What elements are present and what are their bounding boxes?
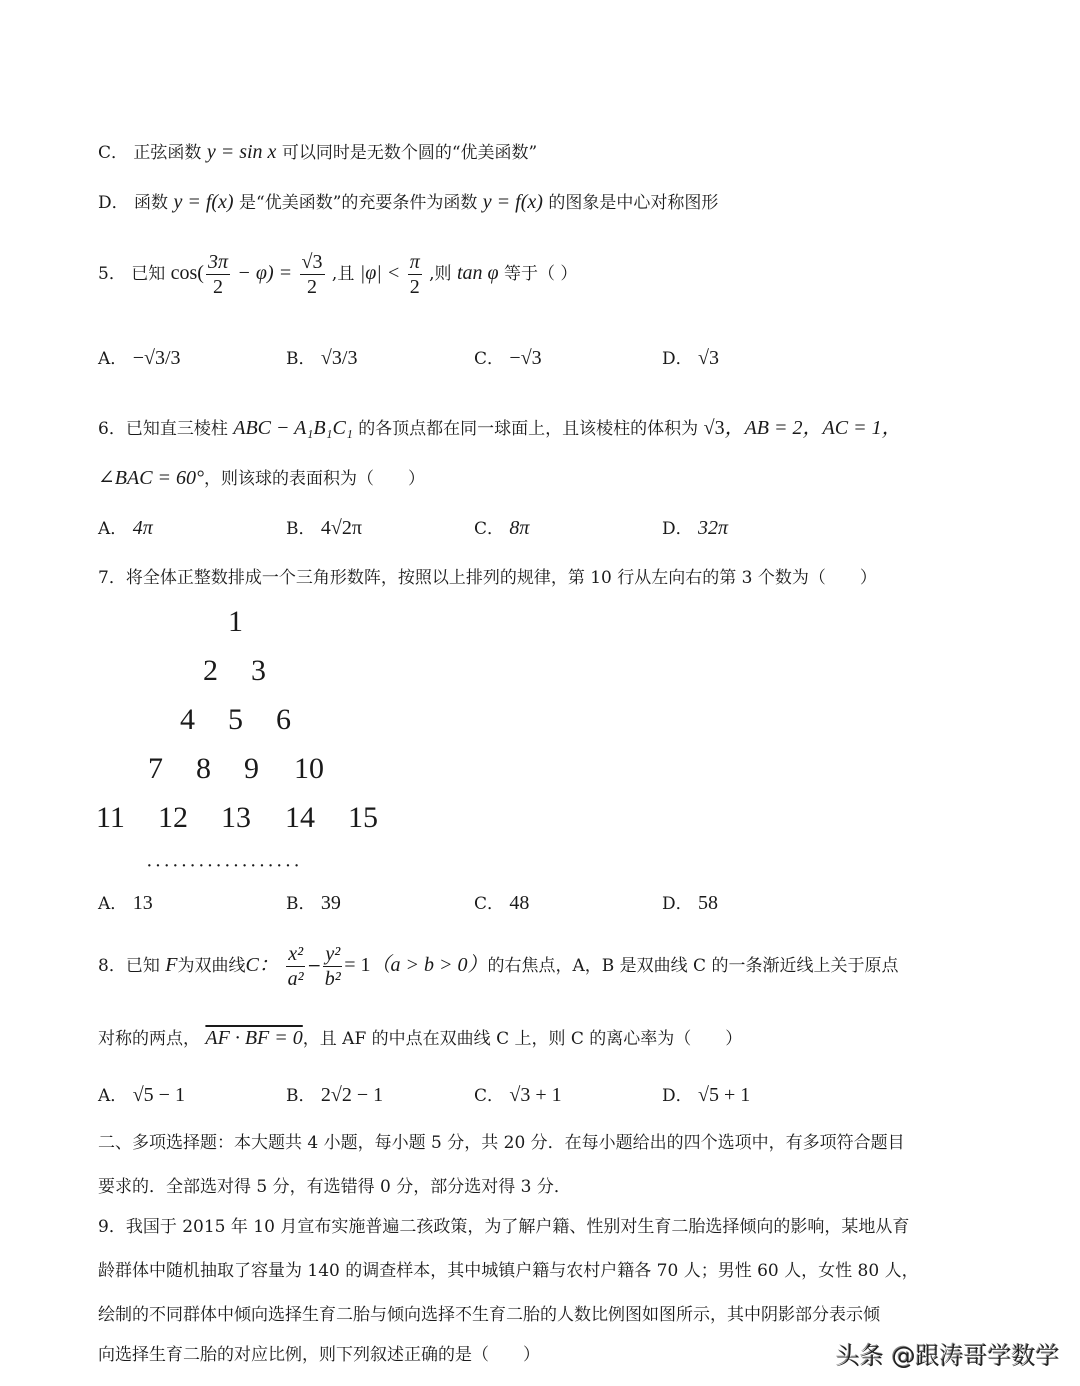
option-value: 8π — [509, 517, 529, 539]
triangle-number: 10 — [294, 753, 324, 785]
q9-stem-line3: 绘制的不同群体中倾向选择生育二胎与倾向选择不生育二胎的人数比例图如图所示，其中阴… — [98, 1303, 880, 1327]
option-label: A． — [98, 519, 127, 539]
q8-stem-line1: 8．已知 F为双曲线C： x²a²−y²b²= 1（a > b > 0）的右焦点… — [98, 940, 898, 991]
q5-option-a: A． −√3/3 — [98, 346, 181, 371]
option-label: B． — [286, 894, 316, 914]
q6-option-b: B． 4√2π — [286, 516, 362, 541]
option-label: A． — [98, 349, 127, 369]
triangle-number: 1 — [228, 606, 243, 638]
math-expr: F — [165, 954, 177, 976]
option-value: √5 + 1 — [698, 1084, 750, 1106]
math-expr: AF · BF = 0 — [205, 1027, 302, 1049]
q9-stem-line2: 龄群体中随机抽取了容量为 140 的调查样本，其中城镇户籍与农村户籍各 70 人… — [98, 1259, 919, 1283]
math-expr: tan φ — [457, 262, 499, 284]
option-value: 58 — [698, 892, 718, 914]
q6-option-d: D． 32π — [662, 516, 728, 541]
fraction: 3π2 — [206, 250, 230, 299]
q5-stem: 5． 已知 cos(3π2 − φ) = √32 ,且 |φ| < π2 ,则 … — [98, 248, 577, 299]
fraction-den: 2 — [206, 275, 230, 299]
q4-option-c: C． 正弦函数 y = sin x 可以同时是无数个圆的“优美函数” — [98, 140, 537, 165]
stem-text: 的各顶点都在同一球面上，且该棱柱的体积为 — [358, 419, 698, 439]
option-value: 4π — [133, 517, 153, 539]
option-value: √5 − 1 — [133, 1084, 185, 1106]
option-value: 4√2π — [321, 517, 362, 539]
fraction-num: x² — [286, 942, 305, 967]
option-value: √3/3 — [321, 347, 358, 369]
q8-option-b: B． 2√2 − 1 — [286, 1083, 383, 1108]
stem-text: ，且 AF 的中点在双曲线 C 上，则 C 的离心率为（ ） — [303, 1029, 743, 1049]
fraction: y²b² — [323, 942, 342, 991]
option-label: A． — [98, 894, 127, 914]
fraction-den: 2 — [408, 275, 422, 299]
triangle-number: 4 — [180, 704, 195, 736]
ellipsis: ·················· — [146, 855, 302, 878]
q7-option-c: C． 48 — [474, 891, 529, 916]
q8-option-c: C． √3 + 1 — [474, 1083, 562, 1108]
stem-text: 已知 — [126, 956, 160, 976]
stem-text: 已知直三棱柱 — [126, 419, 228, 439]
triangle-number: 12 — [158, 802, 188, 834]
q4-option-d: D． 函数 y = f(x) 是“优美函数”的充要条件为函数 y = f(x) … — [98, 190, 718, 215]
math-expr: y = sin x — [207, 141, 277, 163]
math-expr: |φ| < — [360, 262, 401, 284]
triangle-number: 7 — [148, 753, 163, 785]
q7-option-d: D． 58 — [662, 891, 718, 916]
math-expr: AC = 1， — [823, 417, 902, 439]
fraction-den: b² — [323, 967, 342, 991]
triangle-number: 6 — [276, 704, 291, 736]
option-value: √3 — [698, 347, 719, 369]
triangle-number: 11 — [96, 802, 125, 834]
triangle-number: 2 — [203, 655, 218, 687]
triangle-number: 14 — [285, 802, 315, 834]
option-label: C． — [474, 519, 504, 539]
stem-text: 已知 — [131, 264, 165, 284]
option-label: A． — [98, 1086, 127, 1106]
option-value: −√3/3 — [133, 347, 181, 369]
fraction-num: √3 — [300, 250, 325, 275]
stem-text: ，则该球的表面积为（ ） — [204, 469, 425, 489]
question-number: 8． — [98, 956, 126, 976]
option-label: D． — [98, 193, 129, 213]
option-value: 32π — [698, 517, 728, 539]
stem-text: 的右焦点，A，B 是双曲线 C 的一条渐近线上关于原点 — [487, 956, 898, 976]
q8-stem-line2: 对称的两点， AF · BF = 0，且 AF 的中点在双曲线 C 上，则 C … — [98, 1026, 742, 1051]
option-value: 48 — [509, 892, 529, 914]
section2-heading-line2: 要求的．全部选对得 5 分，有选错得 0 分，部分选对得 3 分． — [98, 1175, 571, 1199]
q8-option-d: D． √5 + 1 — [662, 1083, 750, 1108]
question-number: 6． — [98, 419, 126, 439]
triangle-number: 15 — [348, 802, 378, 834]
math-expr: − φ) = — [237, 262, 292, 284]
triangle-number: 9 — [244, 753, 259, 785]
math-expr: ，AB = 2， — [725, 417, 823, 439]
stem-text: 为双曲线 — [177, 956, 245, 976]
q8-option-a: A． √5 − 1 — [98, 1083, 185, 1108]
triangle-number: 5 — [228, 704, 243, 736]
option-label: B． — [286, 349, 316, 369]
stem-text: 对称的两点， — [98, 1029, 200, 1049]
fraction-den: 2 — [300, 275, 325, 299]
option-value: −√3 — [509, 347, 541, 369]
fraction-num: y² — [323, 942, 342, 967]
option-label: D． — [662, 894, 693, 914]
option-value: 39 — [321, 892, 341, 914]
stem-text: ,则 — [429, 264, 451, 284]
fraction-num: 3π — [206, 250, 230, 275]
fraction: x²a² — [286, 942, 305, 991]
question-number: 5． — [98, 264, 126, 284]
option-label: D． — [662, 349, 693, 369]
math-expr: （a > b > 0） — [370, 954, 487, 976]
q5-option-d: D． √3 — [662, 346, 719, 371]
q9-stem-line1: 9．我国于 2015 年 10 月宣布实施普遍二孩政策，为了解户籍、性别对生育二… — [98, 1215, 909, 1239]
fraction-den: a² — [286, 967, 305, 991]
option-label: C． — [474, 1086, 504, 1106]
math-expr: C： — [245, 954, 278, 976]
q6-stem-line2: ∠BAC = 60°，则该球的表面积为（ ） — [98, 466, 425, 491]
triangle-number: 3 — [251, 655, 266, 687]
option-label: C． — [474, 894, 504, 914]
option-value: 2√2 − 1 — [321, 1084, 383, 1106]
math-expr: ∠BAC = 60° — [98, 467, 204, 489]
q7-option-a: A． 13 — [98, 891, 153, 916]
option-value: √3 + 1 — [509, 1084, 561, 1106]
q6-option-a: A． 4π — [98, 516, 153, 541]
triangle-number: 13 — [221, 802, 251, 834]
q6-stem-line1: 6．已知直三棱柱 ABC − A₁B₁C₁ 的各顶点都在同一球面上，且该棱柱的体… — [98, 416, 902, 441]
math-expr: y = f(x) — [483, 191, 543, 213]
math-expr: ABC − A₁B₁C₁ — [233, 417, 353, 439]
math-expr: = 1 — [344, 954, 370, 976]
option-label: C． — [98, 143, 128, 163]
q5-option-b: B． √3/3 — [286, 346, 357, 371]
q6-option-c: C． 8π — [474, 516, 529, 541]
math-expr: cos( — [171, 262, 204, 284]
option-label: D． — [662, 519, 693, 539]
stem-text: ,且 — [332, 264, 354, 284]
watermark: 头条 @跟涛哥学数学 — [836, 1336, 1060, 1371]
fraction-num: π — [408, 250, 422, 275]
option-value: 13 — [133, 892, 153, 914]
option-label: D． — [662, 1086, 693, 1106]
option-text: 正弦函数 — [133, 143, 201, 163]
q7-stem: 7．将全体正整数排成一个三角形数阵，按照以上排列的规律，第 10 行从左向右的第… — [98, 566, 877, 590]
math-expr: √3 — [704, 417, 725, 439]
fraction: √32 — [300, 250, 325, 299]
option-label: B． — [286, 1086, 316, 1106]
option-text: 是“优美函数”的充要条件为函数 — [239, 193, 477, 213]
q9-stem-line4: 向选择生育二胎的对应比例，则下列叙述正确的是（ ） — [98, 1343, 540, 1367]
triangle-number: 8 — [196, 753, 211, 785]
stem-text: 等于（ ） — [504, 264, 577, 284]
fraction: π2 — [408, 250, 422, 299]
section2-heading-line1: 二、多项选择题：本大题共 4 小题，每小题 5 分，共 20 分．在每小题给出的… — [98, 1131, 905, 1155]
q7-option-b: B． 39 — [286, 891, 341, 916]
option-label: B． — [286, 519, 316, 539]
option-text: 的图象是中心对称图形 — [548, 193, 718, 213]
option-text: 函数 — [134, 193, 168, 213]
option-label: C． — [474, 349, 504, 369]
q5-option-c: C． −√3 — [474, 346, 542, 371]
math-expr: y = f(x) — [173, 191, 233, 213]
option-text: 可以同时是无数个圆的“优美函数” — [282, 143, 537, 163]
